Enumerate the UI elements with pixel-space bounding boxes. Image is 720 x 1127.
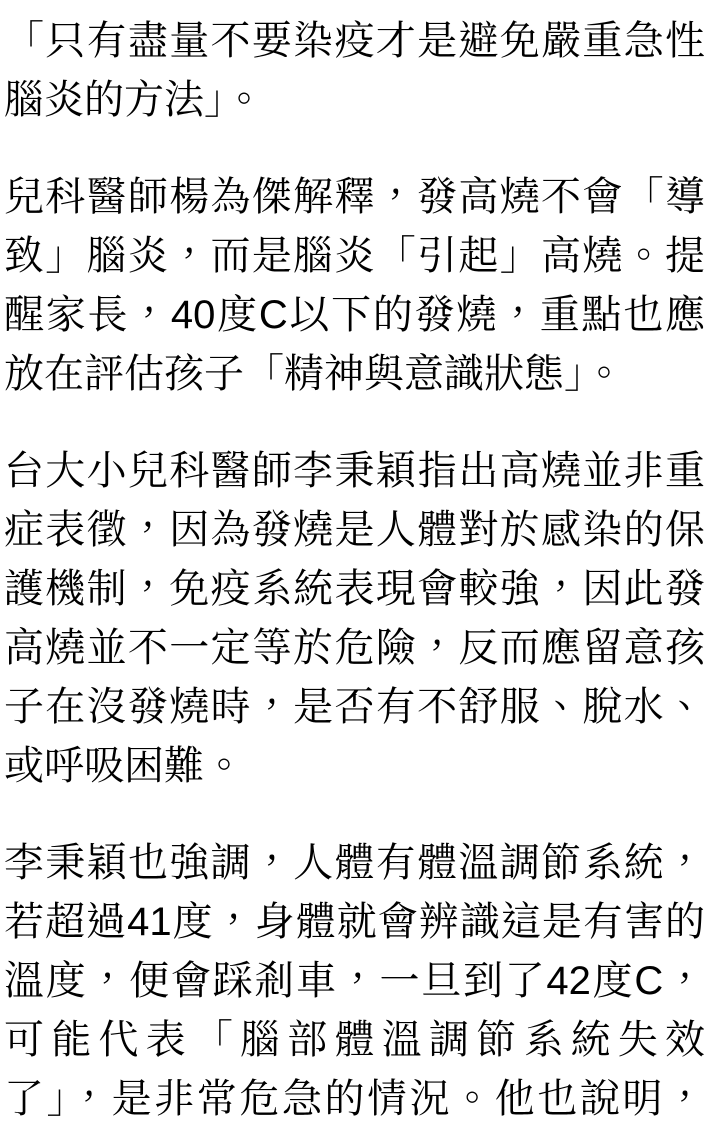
text-line: 可能代表「腦部體溫調節系統失效 [4, 1011, 705, 1070]
paragraph: 台大小兒科醫師李秉穎指出高燒並非重症表徵，因為發燒是人體對於感染的保護機制，免疫… [4, 442, 705, 796]
paragraph: 李秉穎也強調，人體有體溫調節系統，若超過41度，身體就會辨識這是有害的溫度，便會… [4, 834, 705, 1127]
text-line: 症表徵，因為發燒是人體對於感染的保 [4, 501, 705, 560]
text-line: 或呼吸困難。 [4, 737, 705, 796]
text-line: 兒科醫師楊為傑解釋，發高燒不會「導 [4, 168, 705, 227]
text-line: 李秉穎也強調，人體有體溫調節系統， [4, 834, 705, 893]
text-line: 了」，是非常危急的情況。他也說明， [4, 1070, 705, 1127]
paragraph: 兒科醫師楊為傑解釋，發高燒不會「導致」腦炎，而是腦炎「引起」高燒。提醒家長，40… [4, 168, 705, 404]
text-line: 致」腦炎，而是腦炎「引起」高燒。提 [4, 227, 705, 286]
text-line: 護機制，免疫系統表現會較強，因此發 [4, 560, 705, 619]
text-line: 醒家長，40度C以下的發燒，重點也應 [4, 286, 705, 345]
page: { "page": { "background_color": "#ffffff… [0, 0, 720, 1127]
text-line: 放在評估孩子「精神與意識狀態」。 [4, 345, 705, 404]
text-line: 台大小兒科醫師李秉穎指出高燒並非重 [4, 442, 705, 501]
text-line: 高燒並不一定等於危險，反而應留意孩 [4, 619, 705, 678]
text-line: 溫度，便會踩剎車，一旦到了42度C， [4, 952, 705, 1011]
text-line: 「只有盡量不要染疫才是避免嚴重急性 [4, 12, 705, 71]
text-line: 子在沒發燒時，是否有不舒服、脫水、 [4, 678, 705, 737]
paragraph: 「只有盡量不要染疫才是避免嚴重急性腦炎的方法」。 [4, 12, 705, 130]
article-body: 「只有盡量不要染疫才是避免嚴重急性腦炎的方法」。兒科醫師楊為傑解釋，發高燒不會「… [0, 0, 720, 1127]
text-line: 腦炎的方法」。 [4, 71, 705, 130]
text-line: 若超過41度，身體就會辨識這是有害的 [4, 893, 705, 952]
